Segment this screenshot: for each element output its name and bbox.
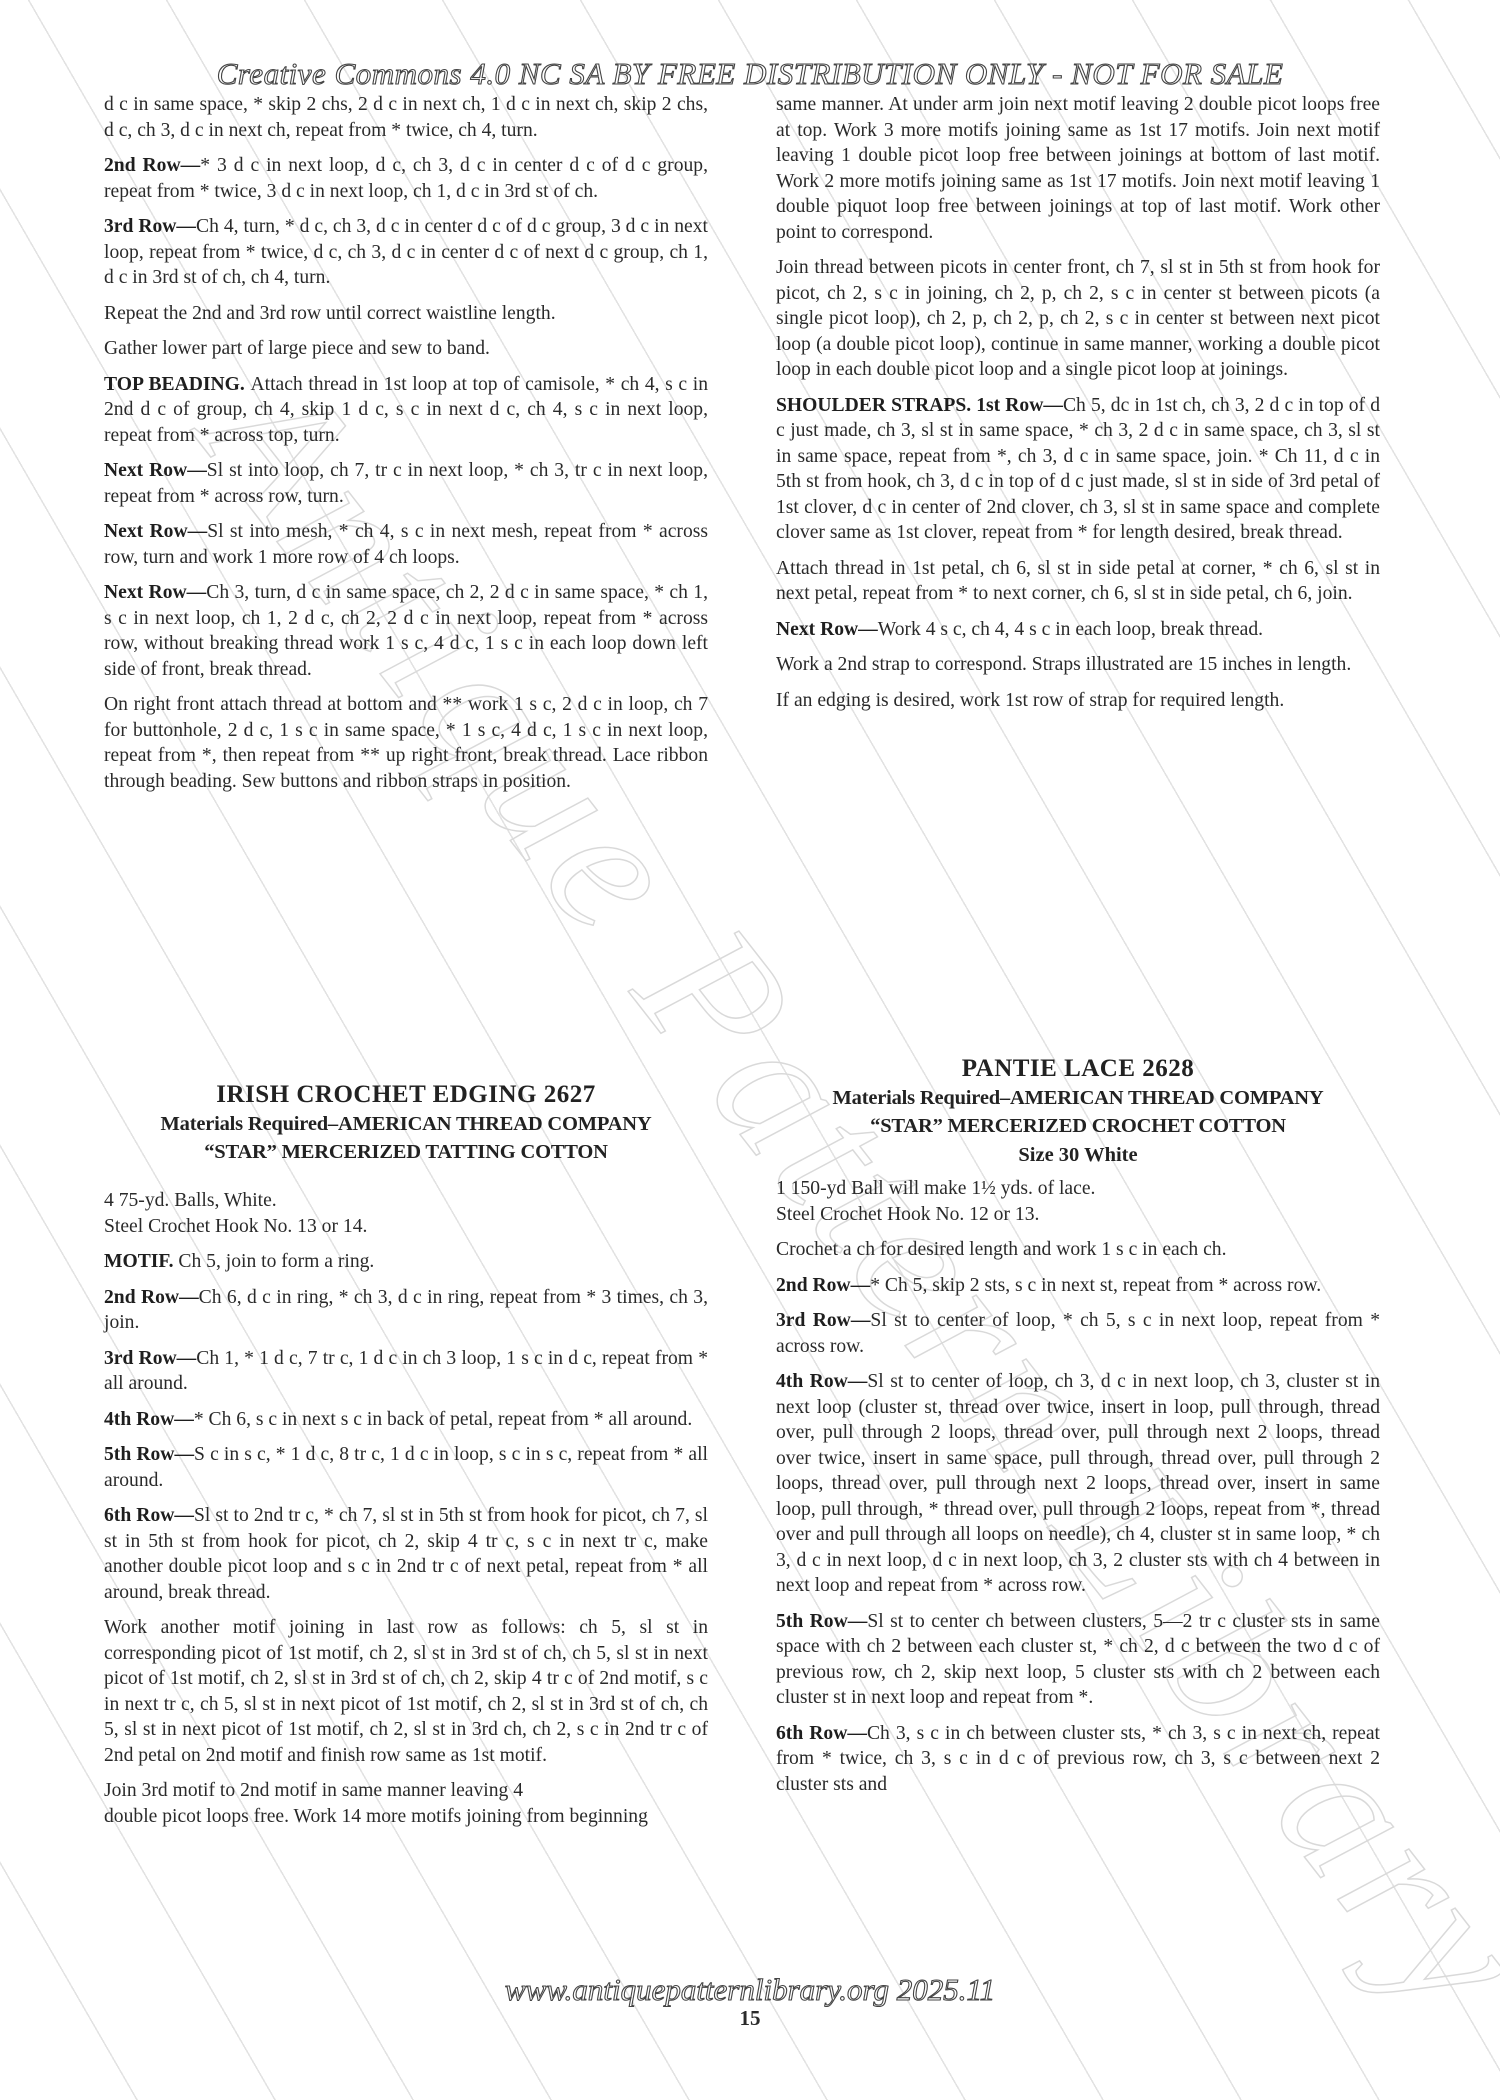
- instruction-text: Ch 3, s c in ch between cluster sts, * c…: [776, 1723, 1380, 1795]
- instruction-paragraph: d c in same space, * skip 2 chs, 2 d c i…: [104, 92, 708, 143]
- instruction-paragraph: TOP BEADING. Attach thread in 1st loop a…: [104, 372, 708, 449]
- instruction-paragraph: 4th Row—* Ch 6, s c in next s c in back …: [104, 1407, 708, 1433]
- materials-line: Materials Required–AMERICAN THREAD COMPA…: [104, 1110, 708, 1138]
- instruction-text: * Ch 5, skip 2 sts, s c in next st, repe…: [870, 1275, 1321, 1296]
- row-label: 5th Row—: [104, 1444, 194, 1465]
- supplies-balls: 4 75-yd. Balls, White.: [104, 1188, 708, 1214]
- instruction-text: Work another motif joining in last row a…: [104, 1617, 708, 1766]
- irish-instructions: MOTIF. Ch 5, join to form a ring.2nd Row…: [104, 1249, 708, 1829]
- row-label: 6th Row—: [776, 1723, 867, 1744]
- instruction-text: If an edging is desired, work 1st row of…: [776, 690, 1284, 711]
- instruction-paragraph: 6th Row—Ch 3, s c in ch between cluster …: [776, 1721, 1380, 1798]
- pantie-lace-section: PANTIE LACE 2628 Materials Required–AMER…: [776, 1054, 1380, 1807]
- pantie-instructions: Crochet a ch for desired length and work…: [776, 1237, 1380, 1797]
- instruction-text: Join thread between picots in center fro…: [776, 257, 1380, 380]
- row-label: 2nd Row—: [104, 1287, 199, 1308]
- instruction-text: Sl st to center of loop, ch 3, d c in ne…: [776, 1371, 1380, 1596]
- instruction-text: Work a 2nd strap to correspond. Straps i…: [776, 654, 1351, 675]
- footer-watermark-url: www.antiquepatternlibrary.org 2025.11: [400, 1972, 1100, 2008]
- section-title: PANTIE LACE 2628: [776, 1054, 1380, 1084]
- license-banner: Creative Commons 4.0 NC SA BY FREE DISTR…: [0, 56, 1500, 92]
- row-label: 3rd Row—: [776, 1310, 870, 1331]
- materials-line: Materials Required–AMERICAN THREAD COMPA…: [776, 1084, 1380, 1112]
- instruction-text: Ch 5, dc in 1st ch, ch 3, 2 d c in top o…: [776, 395, 1380, 544]
- left-column: d c in same space, * skip 2 chs, 2 d c i…: [104, 92, 708, 804]
- instruction-text: S c in s c, * 1 d c, 8 tr c, 1 d c in lo…: [104, 1444, 708, 1491]
- instruction-paragraph: Join 3rd motif to 2nd motif in same mann…: [104, 1778, 708, 1829]
- thread-line: “STAR” MERCERIZED CROCHET COTTON: [776, 1112, 1380, 1140]
- row-label: Next Row—: [104, 521, 207, 542]
- instruction-text: Sl st to 2nd tr c, * ch 7, sl st in 5th …: [104, 1505, 708, 1603]
- instruction-paragraph: Next Row—Sl st into mesh, * ch 4, s c in…: [104, 519, 708, 570]
- instruction-text: Gather lower part of large piece and sew…: [104, 338, 490, 359]
- row-label: 2nd Row—: [104, 155, 200, 176]
- row-label: 6th Row—: [104, 1505, 194, 1526]
- instruction-paragraph: 6th Row—Sl st to 2nd tr c, * ch 7, sl st…: [104, 1503, 708, 1605]
- row-label: SHOULDER STRAPS. 1st Row—: [776, 395, 1063, 416]
- instruction-paragraph: If an edging is desired, work 1st row of…: [776, 688, 1380, 714]
- row-label: 2nd Row—: [776, 1275, 870, 1296]
- instruction-paragraph: Repeat the 2nd and 3rd row until correct…: [104, 301, 708, 327]
- instruction-text: double picot loops free. Work 14 more mo…: [104, 1806, 648, 1827]
- row-label: 4th Row—: [104, 1409, 194, 1430]
- thread-line: “STAR” MERCERIZED TATTING COTTON: [104, 1138, 708, 1166]
- instruction-paragraph: Next Row—Ch 3, turn, d c in same space, …: [104, 580, 708, 682]
- section-title: IRISH CROCHET EDGING 2627: [104, 1080, 708, 1110]
- instruction-paragraph: Work another motif joining in last row a…: [104, 1615, 708, 1768]
- instruction-text: Sl st to center ch between clusters, 5—2…: [776, 1611, 1380, 1709]
- instruction-paragraph: On right front attach thread at bottom a…: [104, 692, 708, 794]
- row-label: Next Row—: [104, 582, 206, 603]
- instruction-paragraph: MOTIF. Ch 5, join to form a ring.: [104, 1249, 708, 1275]
- row-label: Next Row—: [776, 619, 878, 640]
- row-label: 5th Row—: [776, 1611, 867, 1632]
- instruction-text: Crochet a ch for desired length and work…: [776, 1239, 1227, 1260]
- instruction-paragraph: Work a 2nd strap to correspond. Straps i…: [776, 652, 1380, 678]
- instruction-paragraph: Next Row—Work 4 s c, ch 4, 4 s c in each…: [776, 617, 1380, 643]
- instruction-paragraph: Attach thread in 1st petal, ch 6, sl st …: [776, 556, 1380, 607]
- instruction-text: Attach thread in 1st petal, ch 6, sl st …: [776, 558, 1380, 605]
- supplies-hook: Steel Crochet Hook No. 13 or 14.: [104, 1214, 708, 1240]
- instruction-paragraph: 3rd Row—Ch 1, * 1 d c, 7 tr c, 1 d c in …: [104, 1346, 708, 1397]
- instruction-paragraph: 5th Row—Sl st to center ch between clust…: [776, 1609, 1380, 1711]
- instruction-text: d c in same space, * skip 2 chs, 2 d c i…: [104, 94, 708, 141]
- instruction-paragraph: 2nd Row—* Ch 5, skip 2 sts, s c in next …: [776, 1273, 1380, 1299]
- row-label: 3rd Row—: [104, 1348, 196, 1369]
- row-label: TOP BEADING.: [104, 374, 250, 395]
- thread-size: Size 30 White: [776, 1140, 1380, 1170]
- supplies-ball: 1 150-yd Ball will make 1½ yds. of lace.: [776, 1176, 1380, 1202]
- instruction-paragraph: 3rd Row—Ch 4, turn, * d c, ch 3, d c in …: [104, 214, 708, 291]
- instruction-text: Ch 5, join to form a ring.: [178, 1251, 374, 1272]
- instruction-text: Repeat the 2nd and 3rd row until correct…: [104, 303, 556, 324]
- instruction-text: On right front attach thread at bottom a…: [104, 694, 708, 792]
- instruction-text: same manner. At under arm join next moti…: [776, 94, 1380, 243]
- page-number: 15: [0, 2006, 1500, 2031]
- supplies-hook: Steel Crochet Hook No. 12 or 13.: [776, 1202, 1380, 1228]
- instruction-text: Join 3rd motif to 2nd motif in same mann…: [104, 1780, 523, 1801]
- instruction-paragraph: Join thread between picots in center fro…: [776, 255, 1380, 383]
- instruction-paragraph: 4th Row—Sl st to center of loop, ch 3, d…: [776, 1369, 1380, 1599]
- instruction-text: * Ch 6, s c in next s c in back of petal…: [194, 1409, 692, 1430]
- row-label: MOTIF.: [104, 1251, 178, 1272]
- instruction-paragraph: same manner. At under arm join next moti…: [776, 92, 1380, 245]
- row-label: Next Row—: [104, 460, 207, 481]
- instruction-paragraph: Crochet a ch for desired length and work…: [776, 1237, 1380, 1263]
- instruction-paragraph: 3rd Row—Sl st to center of loop, * ch 5,…: [776, 1308, 1380, 1359]
- row-label: 4th Row—: [776, 1371, 867, 1392]
- instruction-paragraph: 2nd Row—* 3 d c in next loop, d c, ch 3,…: [104, 153, 708, 204]
- instruction-text: Work 4 s c, ch 4, 4 s c in each loop, br…: [878, 619, 1263, 640]
- irish-crochet-edging-section: IRISH CROCHET EDGING 2627 Materials Requ…: [104, 1080, 708, 1829]
- right-column: same manner. At under arm join next moti…: [776, 92, 1380, 723]
- instruction-paragraph: Next Row—Sl st into loop, ch 7, tr c in …: [104, 458, 708, 509]
- row-label: 3rd Row—: [104, 216, 196, 237]
- instruction-paragraph: SHOULDER STRAPS. 1st Row—Ch 5, dc in 1st…: [776, 393, 1380, 546]
- instruction-paragraph: 5th Row—S c in s c, * 1 d c, 8 tr c, 1 d…: [104, 1442, 708, 1493]
- instruction-paragraph: 2nd Row—Ch 6, d c in ring, * ch 3, d c i…: [104, 1285, 708, 1336]
- instruction-paragraph: Gather lower part of large piece and sew…: [104, 336, 708, 362]
